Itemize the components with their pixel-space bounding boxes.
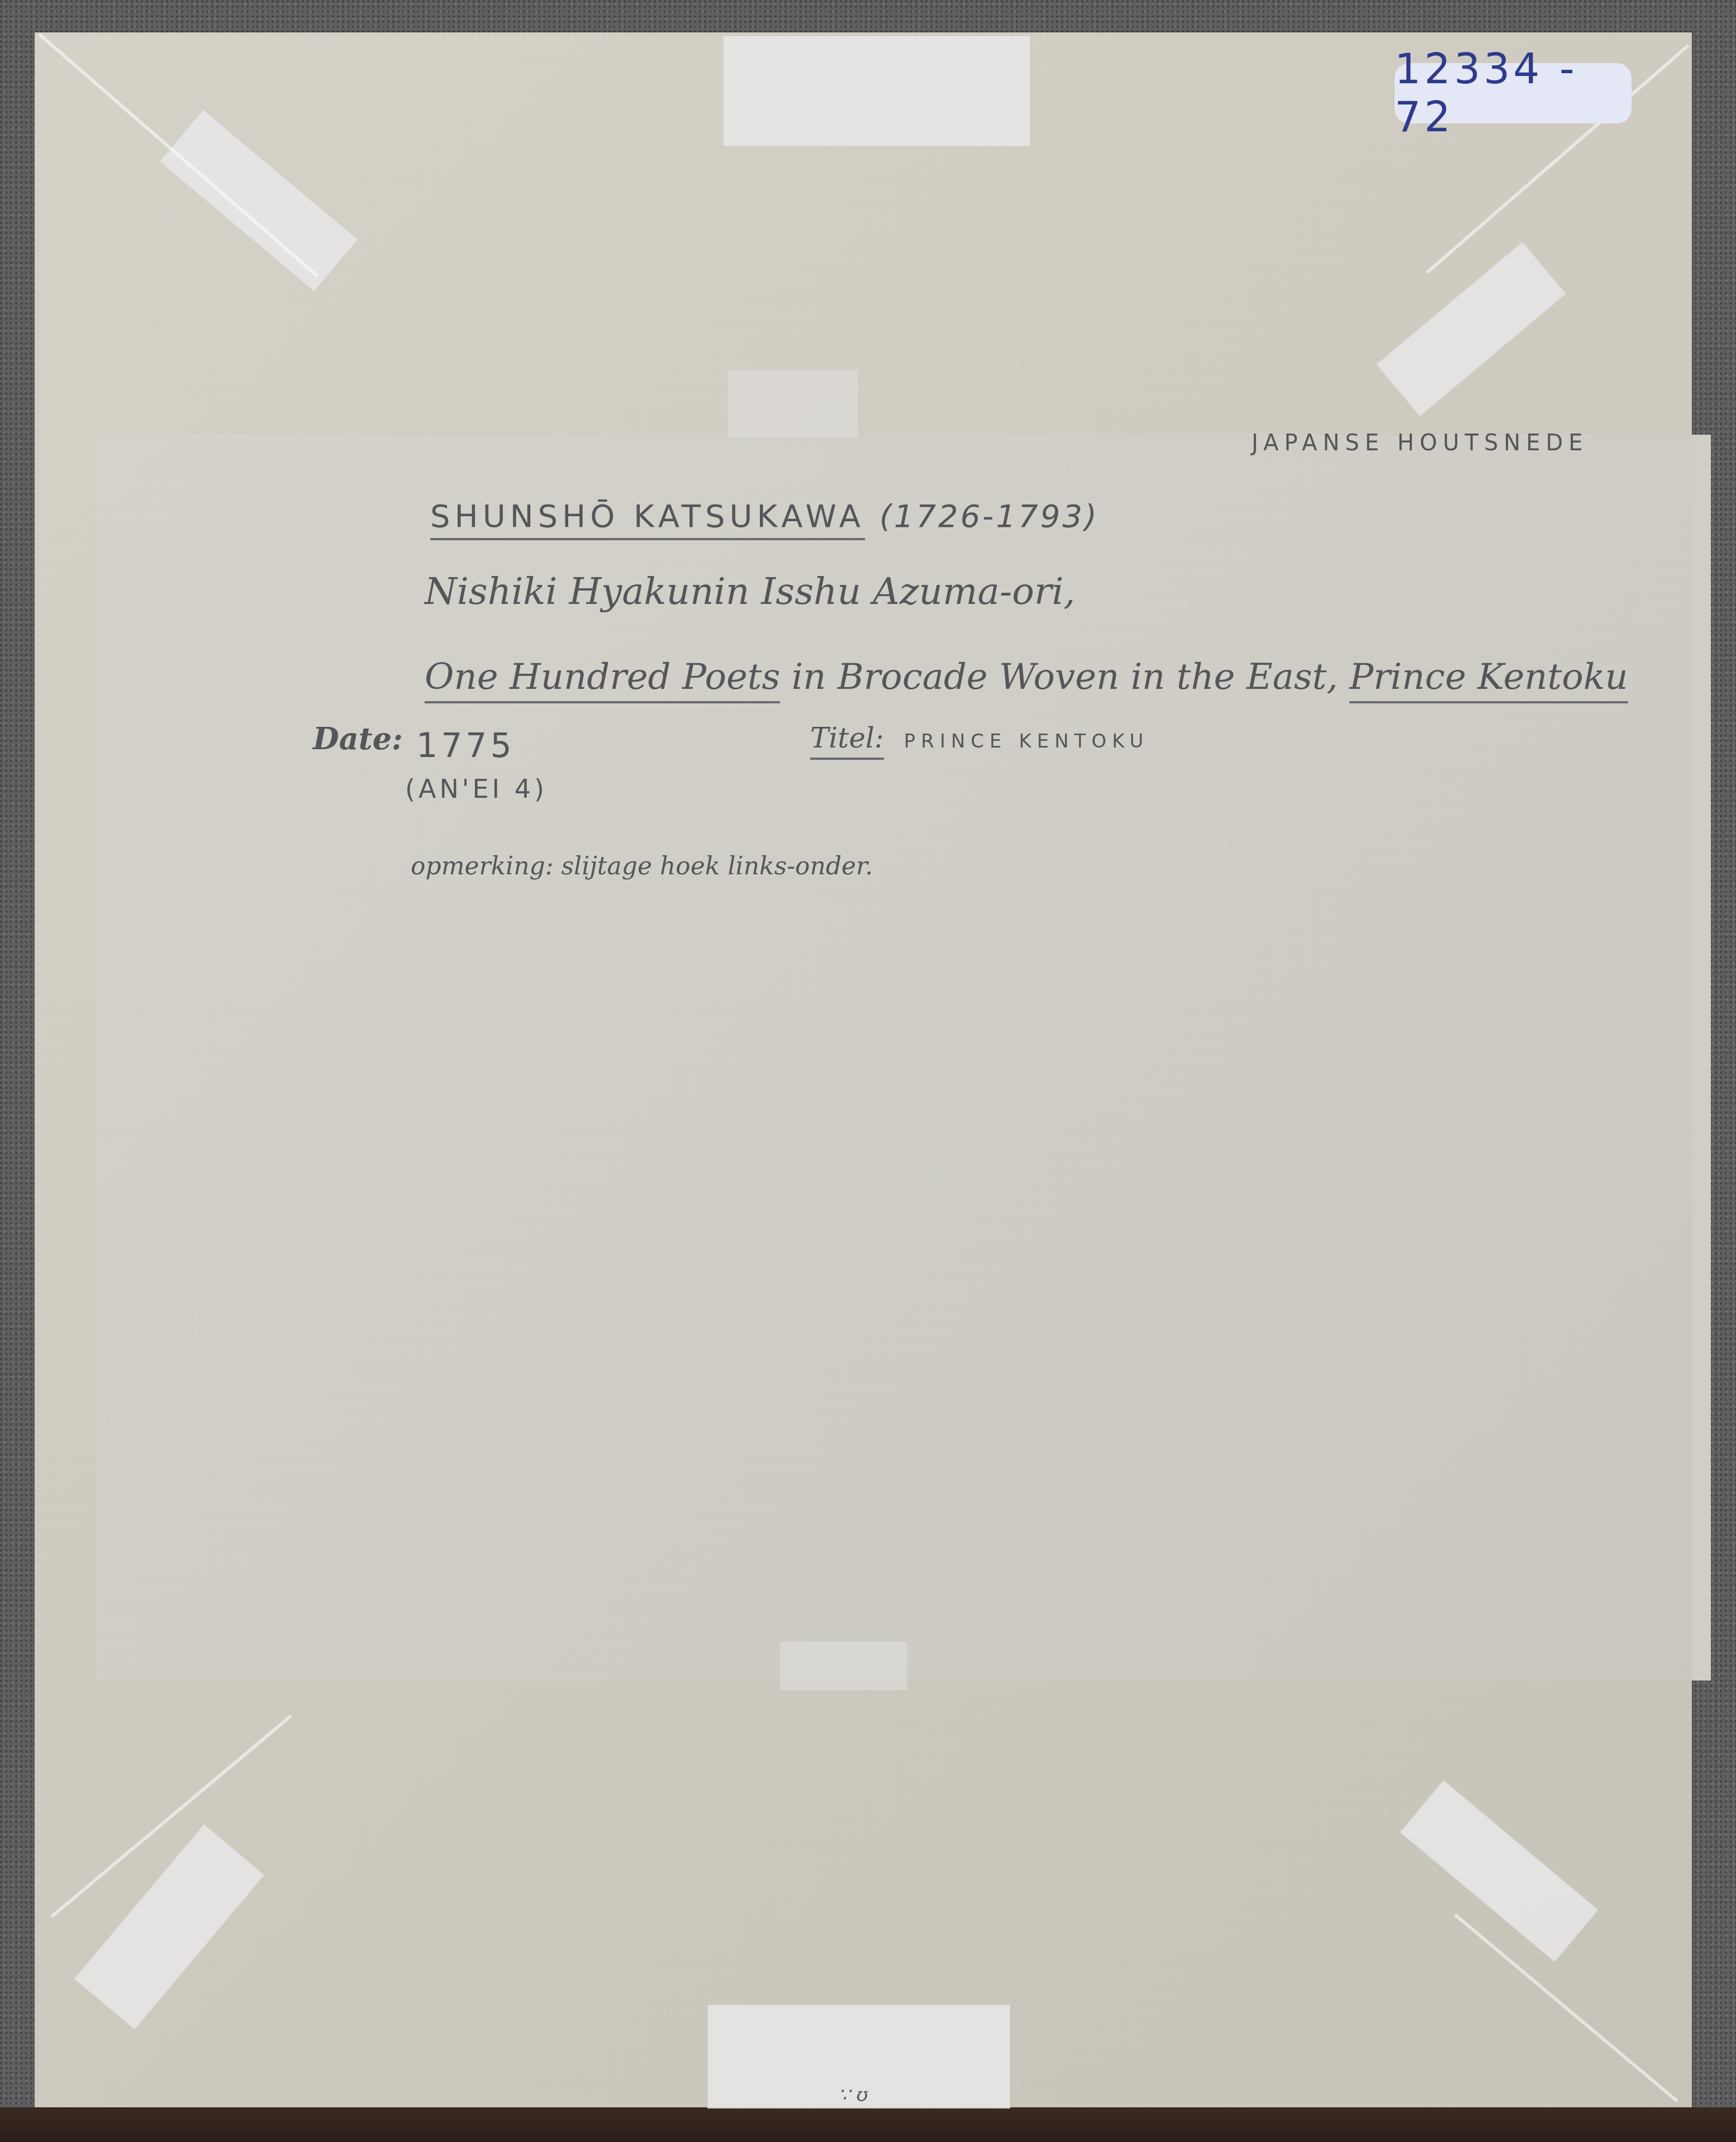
artist-dates: (1726-1793)	[879, 498, 1099, 535]
condition-remark: opmerking: slijtage hoek links-onder.	[411, 852, 873, 880]
frame-wood-edge	[0, 2107, 1736, 2142]
series-title-english: One Hundred Poets in Brocade Woven in th…	[425, 656, 1628, 698]
title-value: PRINCE KENTOKU	[904, 730, 1149, 753]
series-english-middle: in Brocade Woven in the East,	[792, 656, 1338, 698]
date-era: (AN'EI 4)	[405, 774, 548, 804]
title-label: Titel:	[810, 722, 884, 760]
title-line: Titel: PRINCE KENTOKU	[810, 722, 1149, 754]
backing-board	[35, 32, 1692, 2107]
bottom-pencil-mark: ∵ ʊ	[838, 2084, 868, 2106]
tape-top-center	[723, 36, 1030, 146]
tape-inner-top	[727, 370, 858, 438]
print-subject: Prince Kentoku	[1349, 656, 1628, 703]
inventory-number: 12334 - 72	[1395, 45, 1632, 141]
artist-line: SHUNSHŌ KATSUKAWA (1726-1793)	[430, 498, 1099, 535]
series-english-underlined: One Hundred Poets	[425, 656, 780, 703]
series-title-romaji: Nishiki Hyakunin Isshu Azuma-ori,	[425, 570, 1076, 613]
tape-inner-bottom	[780, 1641, 907, 1691]
date-label: Date:	[313, 721, 403, 756]
category-note: JAPANSE HOUTSNEDE	[1252, 430, 1588, 456]
artist-name: SHUNSHŌ KATSUKAWA	[430, 498, 865, 540]
date-year: 1775	[416, 726, 515, 765]
inventory-number-sticker: 12334 - 72	[1395, 63, 1632, 123]
